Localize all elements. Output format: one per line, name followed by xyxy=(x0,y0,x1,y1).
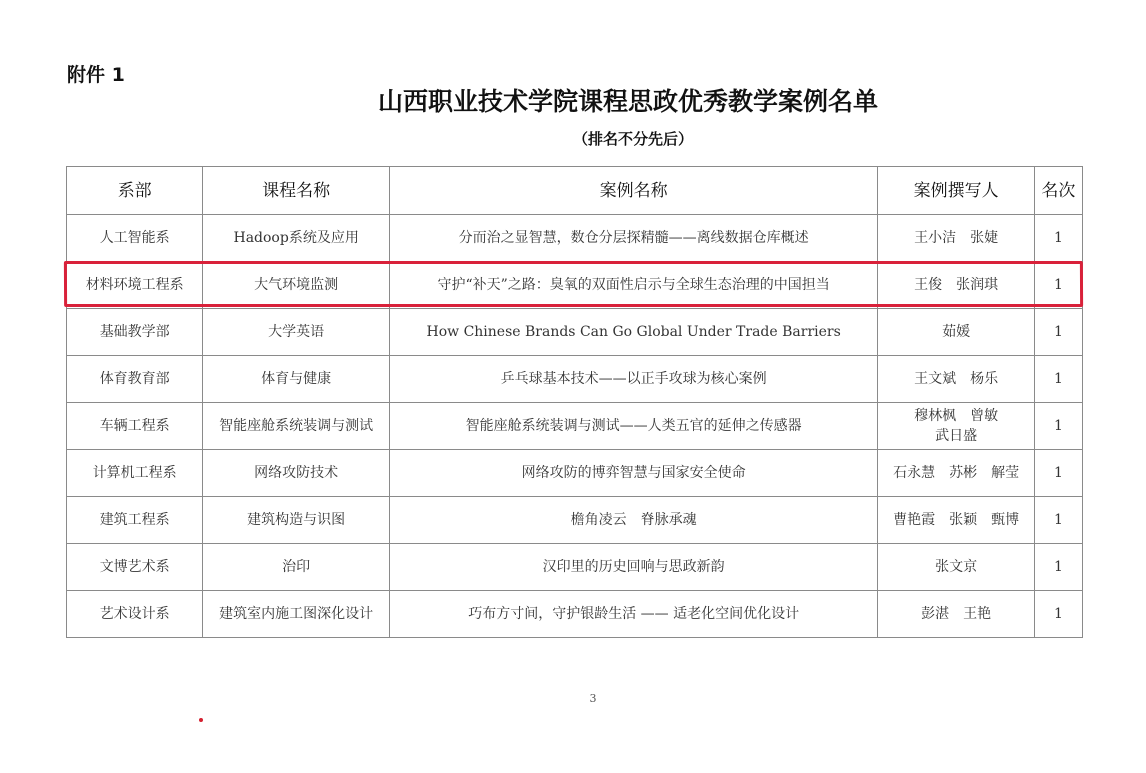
header-rank: 名次 xyxy=(1034,167,1082,215)
cell-rank: 1 xyxy=(1034,544,1082,591)
cell-dept: 车辆工程系 xyxy=(67,403,203,450)
table-header-row: 系部 课程名称 案例名称 案例撰写人 名次 xyxy=(67,167,1083,215)
cell-authors: 茹媛 xyxy=(878,309,1034,356)
cell-authors: 王小洁 张婕 xyxy=(878,215,1034,262)
cell-course: 体育与健康 xyxy=(203,356,390,403)
cell-dept: 建筑工程系 xyxy=(67,497,203,544)
cell-rank: 1 xyxy=(1034,450,1082,497)
cell-course: Hadoop系统及应用 xyxy=(203,215,390,262)
cell-dept: 艺术设计系 xyxy=(67,591,203,638)
page-number: 3 xyxy=(0,692,1146,705)
table-row: 车辆工程系 智能座舱系统装调与测试 智能座舱系统装调与测试——人类五官的延伸之传… xyxy=(67,403,1083,450)
table-row: 文博艺术系 治印 汉印里的历史回响与思政新韵 张文京 1 xyxy=(67,544,1083,591)
cell-course: 大气环境监测 xyxy=(203,262,390,309)
document-subtitle: （排名不分先后） xyxy=(0,128,1146,149)
header-dept: 系部 xyxy=(67,167,203,215)
cell-case: 智能座舱系统装调与测试——人类五官的延伸之传感器 xyxy=(389,403,877,450)
table-row: 建筑工程系 建筑构造与识图 檐角凌云 脊脉承魂 曹艳霞 张颖 甄博 1 xyxy=(67,497,1083,544)
cell-course: 建筑构造与识图 xyxy=(203,497,390,544)
cell-dept: 基础教学部 xyxy=(67,309,203,356)
cell-rank: 1 xyxy=(1034,309,1082,356)
cell-course: 网络攻防技术 xyxy=(203,450,390,497)
document-title: 山西职业技术学院课程思政优秀教学案例名单 xyxy=(0,82,1146,118)
cell-case: 汉印里的历史回响与思政新韵 xyxy=(389,544,877,591)
cell-case: 乒乓球基本技术——以正手攻球为核心案例 xyxy=(389,356,877,403)
cell-authors: 王俊 张润琪 xyxy=(878,262,1034,309)
cell-authors: 穆林枫 曾敏 武日盛 xyxy=(878,403,1034,450)
header-course: 课程名称 xyxy=(203,167,390,215)
table-row: 人工智能系 Hadoop系统及应用 分而治之显智慧，数仓分层探精髓——离线数据仓… xyxy=(67,215,1083,262)
table-row-highlighted: 材料环境工程系 大气环境监测 守护“补天”之路：臭氧的双面性启示与全球生态治理的… xyxy=(67,262,1083,309)
cell-authors: 王文斌 杨乐 xyxy=(878,356,1034,403)
cell-course: 大学英语 xyxy=(203,309,390,356)
cell-authors: 彭湛 王艳 xyxy=(878,591,1034,638)
cell-authors: 张文京 xyxy=(878,544,1034,591)
table-row: 计算机工程系 网络攻防技术 网络攻防的博弈智慧与国家安全使命 石永慧 苏彬 解莹… xyxy=(67,450,1083,497)
cell-case: 分而治之显智慧，数仓分层探精髓——离线数据仓库概述 xyxy=(389,215,877,262)
cell-course: 治印 xyxy=(203,544,390,591)
cell-course: 建筑室内施工图深化设计 xyxy=(203,591,390,638)
header-case: 案例名称 xyxy=(389,167,877,215)
cell-case: 檐角凌云 脊脉承魂 xyxy=(389,497,877,544)
cell-rank: 1 xyxy=(1034,262,1082,309)
red-dot-mark xyxy=(199,718,203,722)
cell-case: How Chinese Brands Can Go Global Under T… xyxy=(389,309,877,356)
cell-rank: 1 xyxy=(1034,215,1082,262)
cell-course: 智能座舱系统装调与测试 xyxy=(203,403,390,450)
cell-authors: 石永慧 苏彬 解莹 xyxy=(878,450,1034,497)
cell-case: 守护“补天”之路：臭氧的双面性启示与全球生态治理的中国担当 xyxy=(389,262,877,309)
cell-rank: 1 xyxy=(1034,591,1082,638)
cell-rank: 1 xyxy=(1034,356,1082,403)
header-authors: 案例撰写人 xyxy=(878,167,1034,215)
cell-dept: 材料环境工程系 xyxy=(67,262,203,309)
cell-dept: 体育教育部 xyxy=(67,356,203,403)
cell-dept: 文博艺术系 xyxy=(67,544,203,591)
cell-authors: 曹艳霞 张颖 甄博 xyxy=(878,497,1034,544)
table-row: 基础教学部 大学英语 How Chinese Brands Can Go Glo… xyxy=(67,309,1083,356)
cell-dept: 人工智能系 xyxy=(67,215,203,262)
cell-rank: 1 xyxy=(1034,497,1082,544)
cell-dept: 计算机工程系 xyxy=(67,450,203,497)
cell-case: 网络攻防的博弈智慧与国家安全使命 xyxy=(389,450,877,497)
cell-rank: 1 xyxy=(1034,403,1082,450)
case-list-table: 系部 课程名称 案例名称 案例撰写人 名次 人工智能系 Hadoop系统及应用 … xyxy=(66,166,1083,638)
table-row: 艺术设计系 建筑室内施工图深化设计 巧布方寸间，守护银龄生活 —— 适老化空间优… xyxy=(67,591,1083,638)
cell-case: 巧布方寸间，守护银龄生活 —— 适老化空间优化设计 xyxy=(389,591,877,638)
table-row: 体育教育部 体育与健康 乒乓球基本技术——以正手攻球为核心案例 王文斌 杨乐 1 xyxy=(67,356,1083,403)
